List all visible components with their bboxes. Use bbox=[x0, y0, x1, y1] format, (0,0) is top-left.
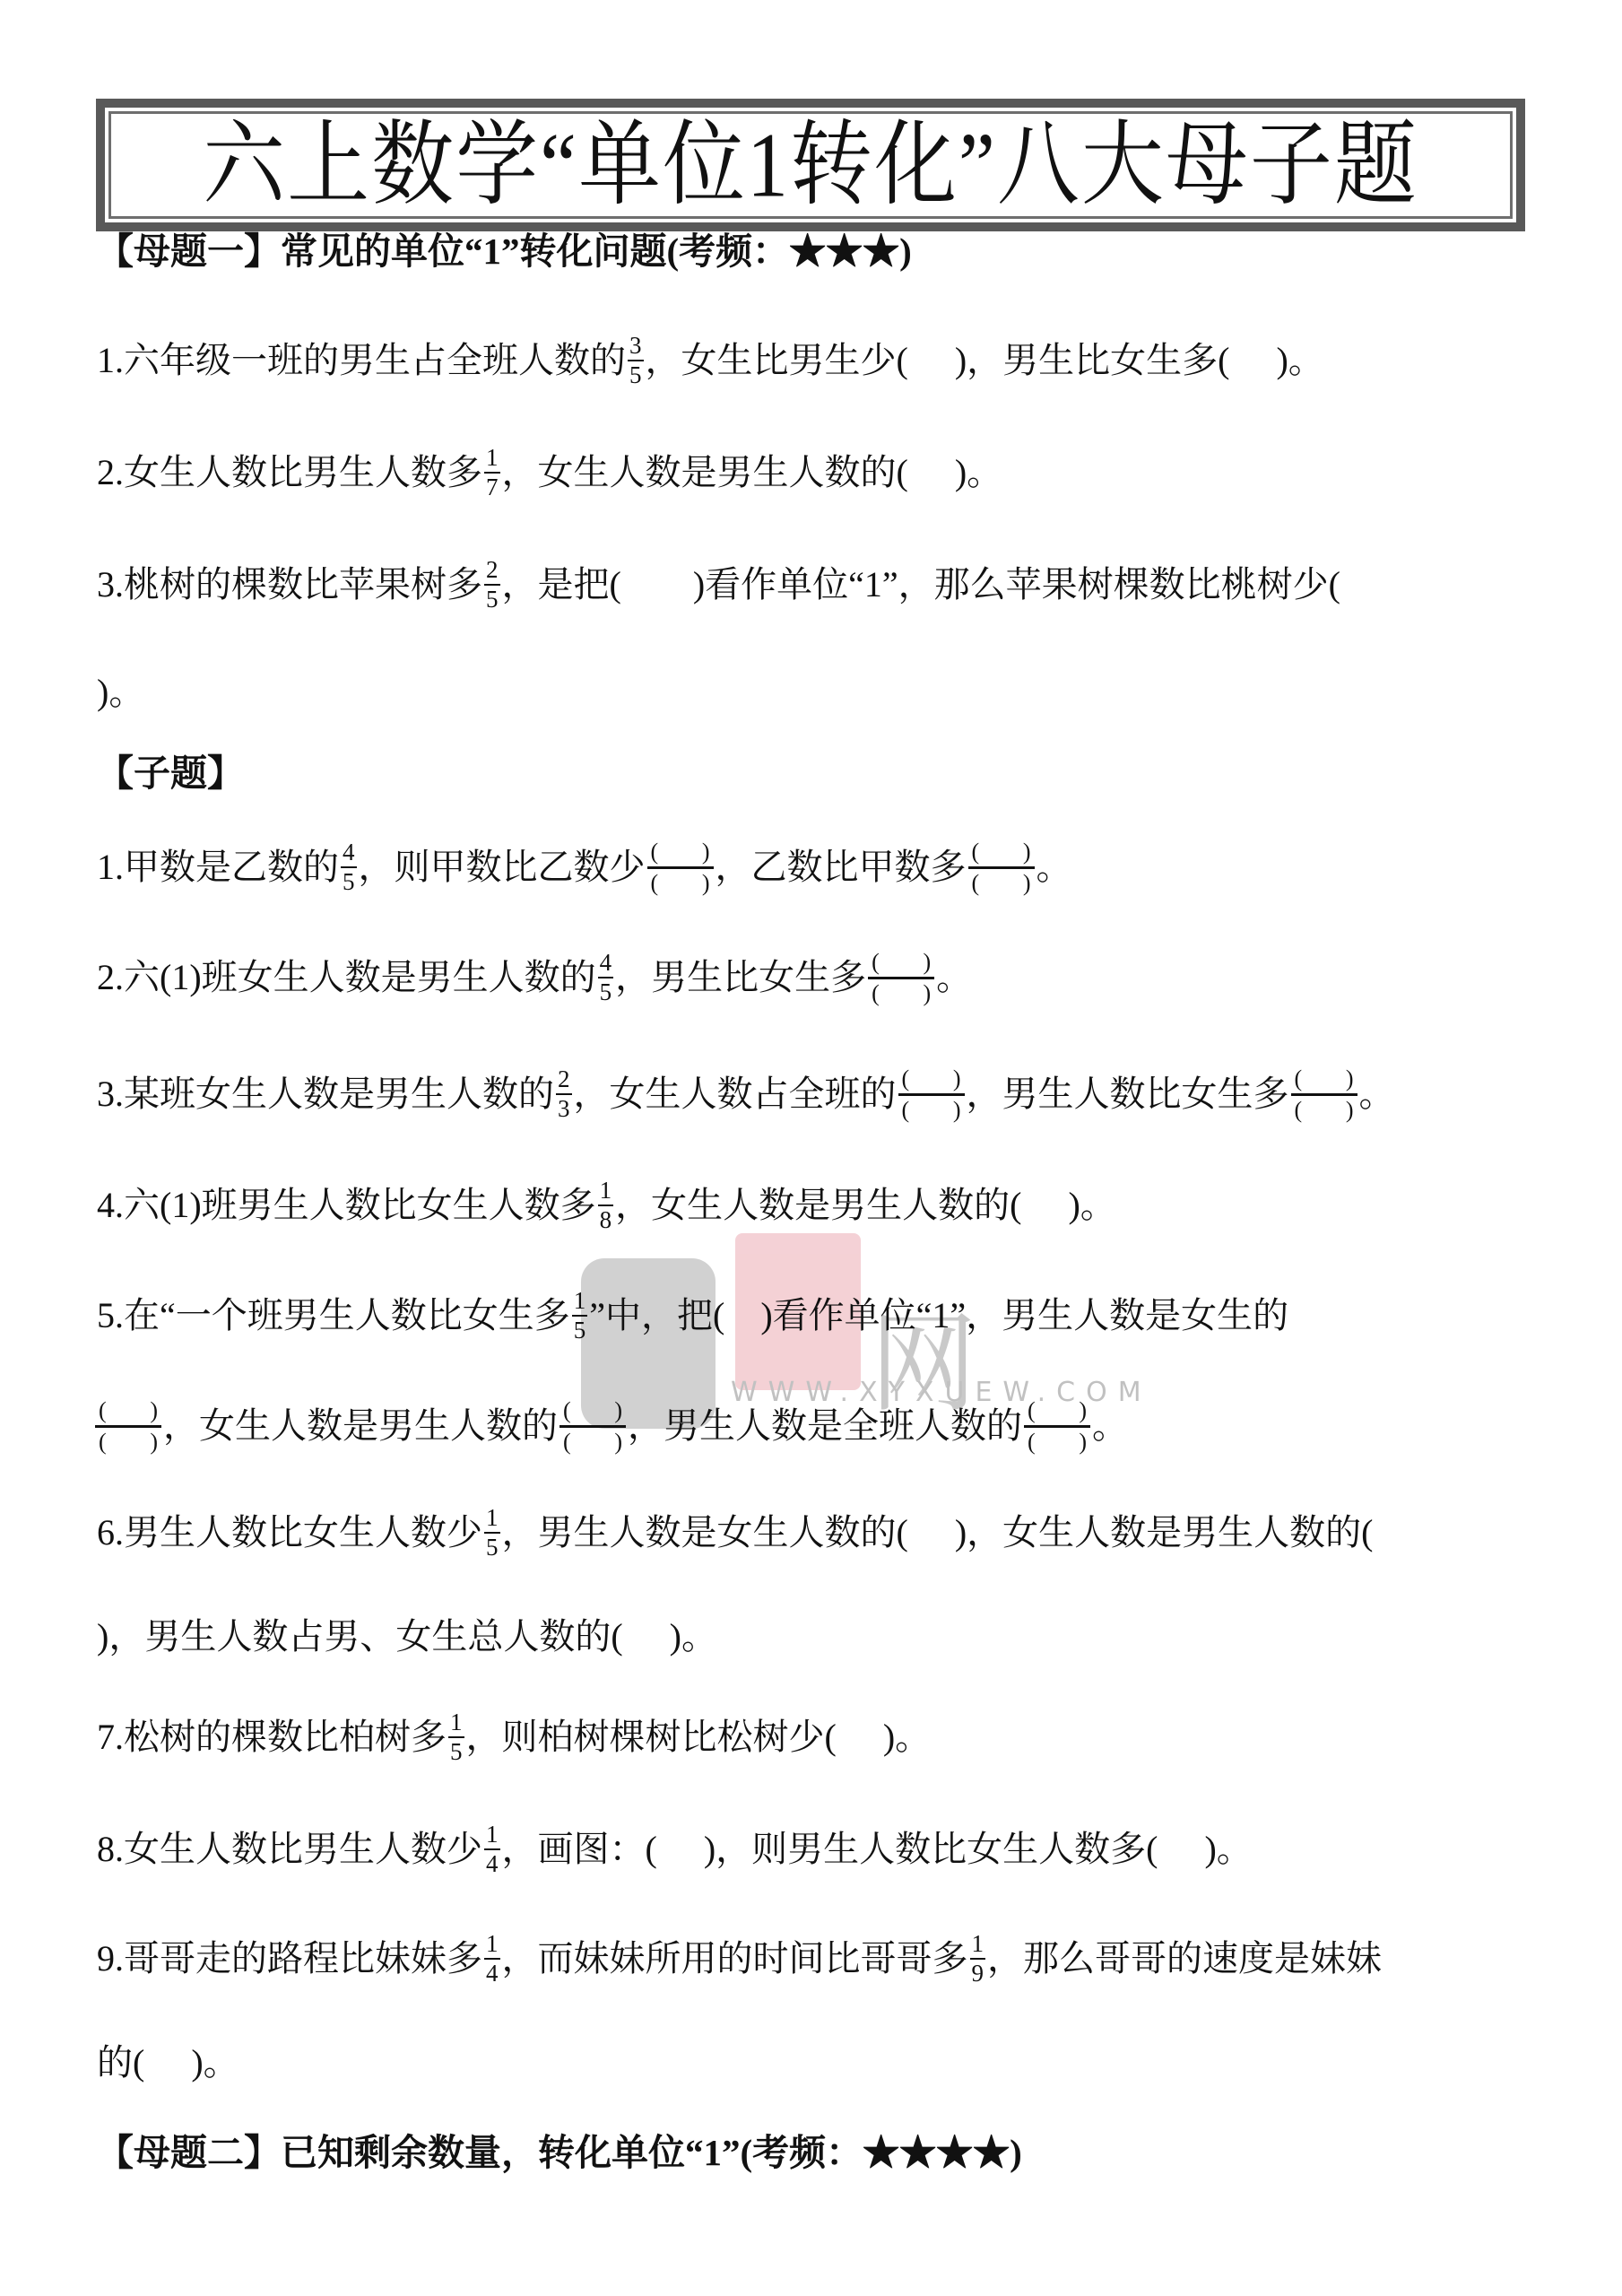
fraction: 15 bbox=[484, 1506, 500, 1560]
s7-text-c: )。 bbox=[883, 1719, 931, 1755]
title-frame-inner: 六上数学“单位1转化”八大母子题 bbox=[108, 111, 1513, 219]
s6-text-b: ，男生人数是女生人数的( bbox=[502, 1515, 908, 1551]
denominator: 5 bbox=[484, 586, 500, 612]
q2-text-a: 2.女生人数比男生人数多 bbox=[97, 455, 482, 491]
numerator: 1 bbox=[484, 1822, 500, 1848]
fraction: 45 bbox=[598, 951, 614, 1004]
page-title: 六上数学“单位1转化”八大母子题 bbox=[203, 118, 1418, 211]
blank-fraction[interactable]: ()() bbox=[95, 1399, 161, 1454]
numerator: 1 bbox=[598, 1178, 614, 1205]
s1-text-b: ，则甲数比乙数少 bbox=[359, 849, 646, 885]
s3-text-d: 。 bbox=[1359, 1076, 1395, 1112]
s5-text-cont-c: 。 bbox=[1092, 1408, 1128, 1444]
fraction: 19 bbox=[970, 1932, 986, 1986]
sub-question-8: 8.女生人数比男生人数少 14 ，画图：( )，则男生人数比女生人数多( )。 bbox=[97, 1821, 1253, 1878]
sub-question-9-continued: 的( )。 bbox=[97, 2043, 239, 2083]
numerator: 2 bbox=[556, 1067, 572, 1093]
s9-text-c: ，那么哥哥的速度是妹妹 bbox=[987, 1941, 1382, 1977]
sub-questions-heading: 【子题】 bbox=[97, 753, 244, 793]
denominator: 4 bbox=[484, 1850, 500, 1876]
sub-question-7: 7.松树的棵数比柏树多 15 ，则柏树棵树比松树少( )。 bbox=[97, 1709, 931, 1766]
s7-text-a: 7.松树的棵数比柏树多 bbox=[97, 1719, 447, 1755]
section2-heading: 【母题二】已知剩余数量，转化单位“1”(考频：★★★★) bbox=[97, 2133, 1022, 2172]
section1-heading: 【母题一】常见的单位“1”转化问题(考频：★★★) bbox=[97, 231, 912, 271]
s9-text-cont-a: 的( bbox=[97, 2045, 144, 2081]
numerator: 1 bbox=[484, 446, 500, 472]
mother-question-3-continued: )。 bbox=[97, 673, 144, 712]
mother-question-3: 3.桃树的棵数比苹果树多 25 ，是把( )看作单位“1”，那么苹果树棵数比桃树… bbox=[97, 556, 1340, 613]
s1-text-a: 1.甲数是乙数的 bbox=[97, 849, 339, 885]
denominator: 8 bbox=[598, 1206, 614, 1232]
s1-text-d: 。 bbox=[1037, 849, 1072, 885]
mother-question-1: 1.六年级一班的男生占全班人数的 35 ，女生比男生少( )，男生比女生多( )… bbox=[97, 332, 1324, 389]
sub-question-3: 3.某班女生人数是男生人数的 23 ，女生人数占全班的 ()() ，男生人数比女… bbox=[97, 1061, 1395, 1127]
sub-question-9: 9.哥哥走的路程比妹妹多 14 ，而妹妹所用的时间比哥哥多 19 ，那么哥哥的速… bbox=[97, 1930, 1382, 1987]
s5-text-a: 5.在“一个班男生人数比女生多 bbox=[97, 1298, 570, 1334]
fraction: 45 bbox=[341, 840, 357, 894]
sub-question-6: 6.男生人数比女生人数少 15 ，男生人数是女生人数的( )，女生人数是男生人数… bbox=[97, 1504, 1373, 1561]
fraction: 14 bbox=[484, 1822, 500, 1876]
fraction: 25 bbox=[484, 558, 500, 612]
section2-heading-text: 【母题二】已知剩余数量，转化单位“1”(考频：★★★★) bbox=[97, 2135, 1022, 2171]
numerator: 1 bbox=[572, 1289, 588, 1315]
denominator: 3 bbox=[556, 1095, 572, 1121]
s5-text-b: ”中，把( bbox=[589, 1298, 724, 1334]
s3-text-b: ，女生人数占全班的 bbox=[574, 1076, 897, 1112]
q1-text-b: ，女生比男生少( bbox=[646, 343, 908, 378]
s4-text-a: 4.六(1)班男生人数比女生人数多 bbox=[97, 1187, 596, 1223]
q1-text-a: 1.六年级一班的男生占全班人数的 bbox=[97, 343, 626, 378]
s5-text-cont-a: ，女生人数是男生人数的 bbox=[163, 1408, 558, 1444]
title-frame-gap: 六上数学“单位1转化”八大母子题 bbox=[105, 108, 1516, 222]
s4-text-b: ，女生人数是男生人数的( bbox=[615, 1187, 1021, 1223]
s8-text-a: 8.女生人数比男生人数少 bbox=[97, 1831, 482, 1867]
fraction: 35 bbox=[628, 334, 644, 387]
sub-question-5-continued: ()() ，女生人数是男生人数的 ()() ，男生人数是全班人数的 ()() 。 bbox=[93, 1393, 1128, 1459]
s8-text-d: )。 bbox=[1204, 1831, 1252, 1867]
s6-text-cont-b: )。 bbox=[670, 1619, 717, 1655]
s4-text-c: )。 bbox=[1068, 1187, 1115, 1223]
q1-text-c: )，男生比女生多( bbox=[955, 343, 1230, 378]
s6-text-c: )，女生人数是男生人数的( bbox=[955, 1515, 1374, 1551]
s2-text-a: 2.六(1)班女生人数是男生人数的 bbox=[97, 960, 596, 996]
fraction: 15 bbox=[572, 1289, 588, 1343]
q3-text-cont: )。 bbox=[97, 674, 144, 710]
q3-text-c: )看作单位“1”，那么苹果树棵数比桃树少( bbox=[693, 567, 1340, 603]
denominator: 5 bbox=[628, 361, 644, 387]
denominator: 5 bbox=[484, 1534, 500, 1560]
numerator: 4 bbox=[598, 951, 614, 977]
numerator: 1 bbox=[970, 1932, 986, 1958]
denominator: 5 bbox=[448, 1738, 464, 1764]
blank-fraction[interactable]: ()() bbox=[898, 1067, 965, 1122]
denominator: 4 bbox=[484, 1960, 500, 1986]
s1-text-c: ，乙数比甲数多 bbox=[716, 849, 967, 885]
denominator: 7 bbox=[484, 474, 500, 500]
s9-text-b: ，而妹妹所用的时间比哥哥多 bbox=[502, 1941, 968, 1977]
q2-text-b: ，女生人数是男生人数的( bbox=[502, 455, 908, 491]
blank-fraction[interactable]: ()() bbox=[1024, 1399, 1090, 1454]
sub-question-2: 2.六(1)班女生人数是男生人数的 45 ，男生比女生多 ()() 。 bbox=[97, 944, 972, 1011]
denominator: 5 bbox=[341, 868, 357, 894]
q1-text-d: )。 bbox=[1276, 343, 1323, 378]
s9-text-a: 9.哥哥走的路程比妹妹多 bbox=[97, 1941, 482, 1977]
q2-text-c: )。 bbox=[955, 455, 1002, 491]
mother-question-2: 2.女生人数比男生人数多 17 ，女生人数是男生人数的( )。 bbox=[97, 444, 1002, 501]
numerator: 1 bbox=[484, 1932, 500, 1958]
s3-text-a: 3.某班女生人数是男生人数的 bbox=[97, 1076, 554, 1112]
q3-text-b: ，是把( bbox=[502, 567, 621, 603]
fraction: 23 bbox=[556, 1067, 572, 1121]
title-frame: 六上数学“单位1转化”八大母子题 bbox=[96, 99, 1525, 231]
denominator: 5 bbox=[572, 1317, 588, 1343]
denominator: 5 bbox=[598, 978, 614, 1004]
fraction: 15 bbox=[448, 1710, 464, 1764]
s9-text-cont-b: )。 bbox=[191, 2045, 239, 2081]
s6-text-cont-a: )，男生人数占男、女生总人数的( bbox=[97, 1619, 623, 1655]
s5-text-cont-b: ，男生人数是全班人数的 bbox=[628, 1408, 1022, 1444]
q3-text-a: 3.桃树的棵数比苹果树多 bbox=[97, 567, 482, 603]
numerator: 4 bbox=[341, 840, 357, 866]
numerator: 1 bbox=[448, 1710, 464, 1736]
fraction: 18 bbox=[598, 1178, 614, 1232]
section1-heading-text: 【母题一】常见的单位“1”转化问题(考频：★★★) bbox=[97, 233, 912, 270]
s3-text-c: ，男生人数比女生多 bbox=[967, 1076, 1289, 1112]
sub-question-1: 1.甲数是乙数的 45 ，则甲数比乙数少 ()() ，乙数比甲数多 ()() 。 bbox=[97, 834, 1072, 900]
s7-text-b: ，则柏树棵树比松树少( bbox=[466, 1719, 837, 1755]
blank-fraction[interactable]: ()() bbox=[868, 951, 934, 1005]
s2-text-b: ，男生比女生多 bbox=[615, 960, 866, 996]
sub-heading-text: 【子题】 bbox=[97, 755, 244, 792]
s2-text-c: 。 bbox=[936, 960, 972, 996]
blank-fraction[interactable]: ()() bbox=[647, 840, 714, 895]
s5-text-c: )看作单位“1”，男生人数是女生的 bbox=[760, 1298, 1288, 1334]
numerator: 1 bbox=[484, 1506, 500, 1532]
blank-fraction[interactable]: ()() bbox=[1291, 1067, 1357, 1122]
blank-fraction[interactable]: ()() bbox=[559, 1399, 626, 1454]
sub-question-6-continued: )，男生人数占男、女生总人数的( )。 bbox=[97, 1617, 717, 1657]
s8-text-c: )，则男生人数比女生人数多( bbox=[704, 1831, 1158, 1867]
sub-question-4: 4.六(1)班男生人数比女生人数多 18 ，女生人数是男生人数的( )。 bbox=[97, 1177, 1116, 1234]
fraction: 17 bbox=[484, 446, 500, 500]
sub-question-5: 5.在“一个班男生人数比女生多 15 ”中，把( )看作单位“1”，男生人数是女… bbox=[97, 1287, 1288, 1344]
s8-text-b: ，画图：( bbox=[502, 1831, 657, 1867]
numerator: 2 bbox=[484, 558, 500, 584]
blank-fraction[interactable]: ()() bbox=[968, 840, 1035, 895]
numerator: 3 bbox=[628, 334, 644, 360]
s6-text-a: 6.男生人数比女生人数少 bbox=[97, 1515, 482, 1551]
denominator: 9 bbox=[970, 1960, 986, 1986]
fraction: 14 bbox=[484, 1932, 500, 1986]
